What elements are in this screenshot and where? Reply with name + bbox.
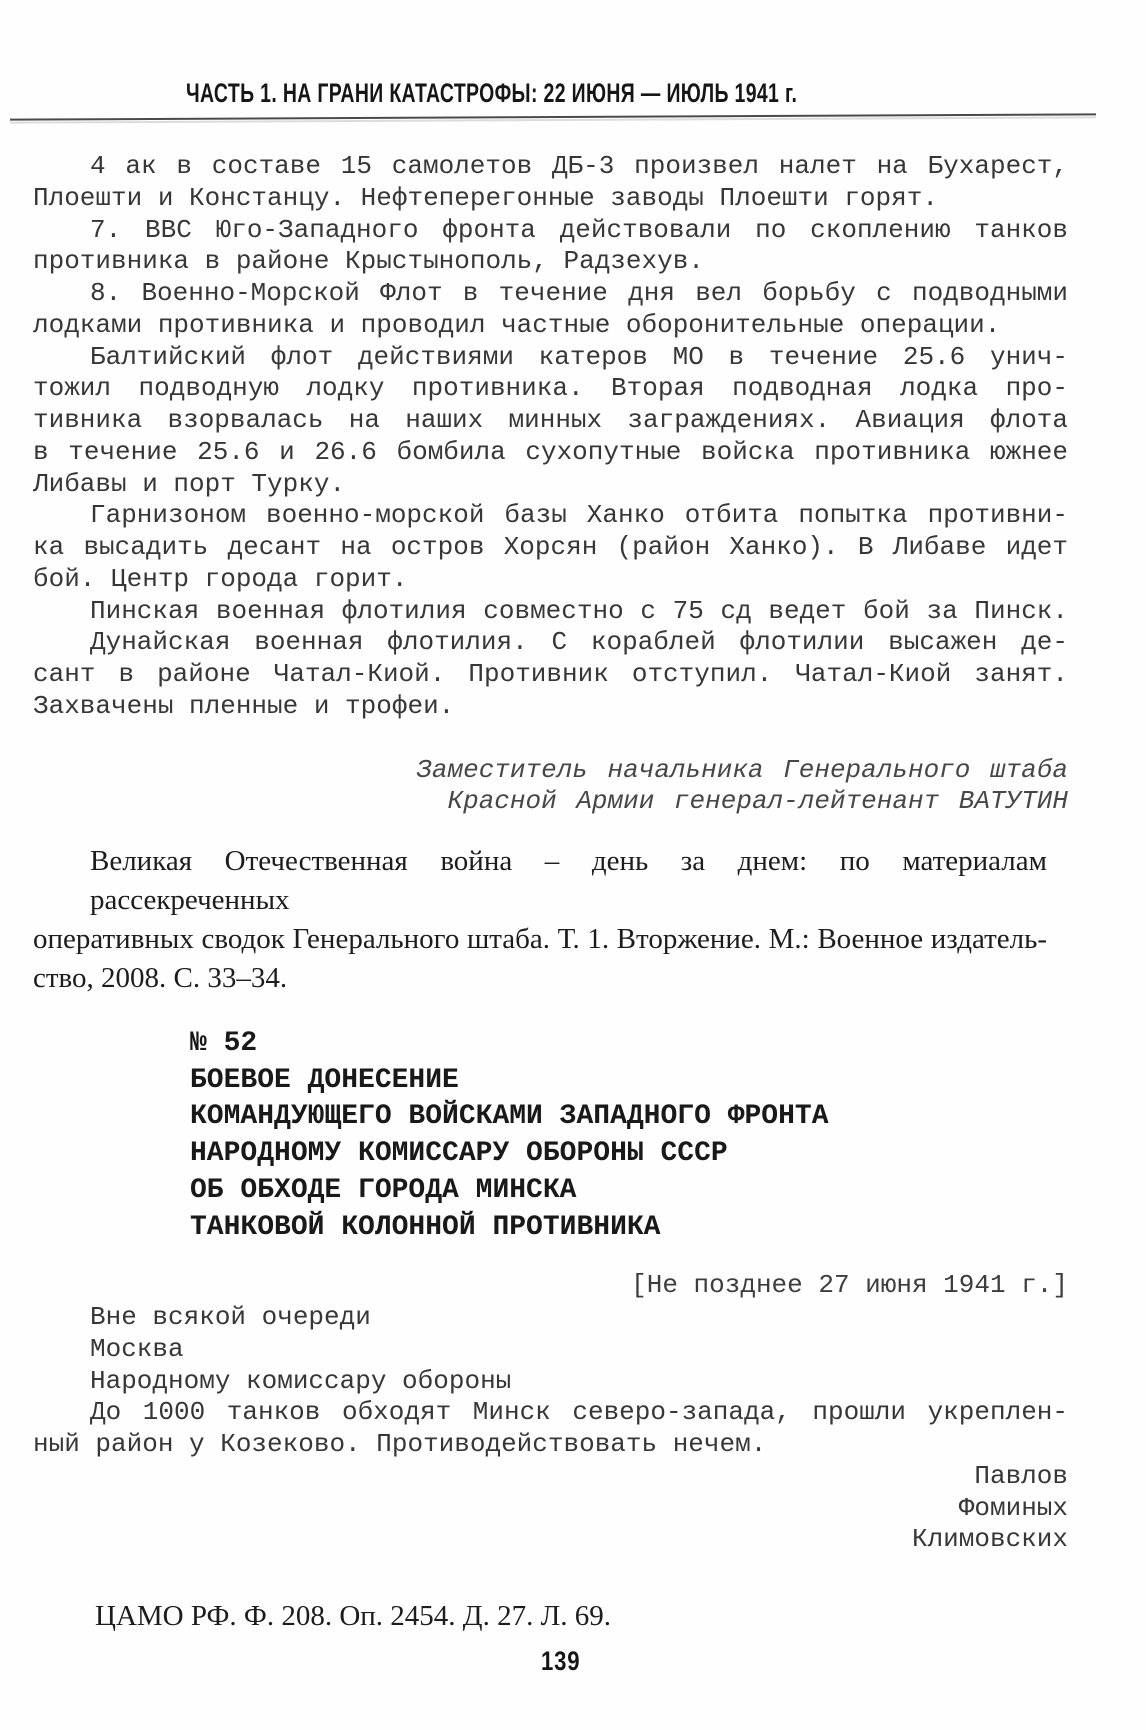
document-line: Народному комиссару обороны [33, 1366, 1068, 1398]
report-line: Балтийский флот действиями катеров МО в … [33, 342, 1068, 374]
book-page: ЧАСТЬ 1. НА ГРАНИ КАТАСТРОФЫ: 22 ИЮНЯ — … [0, 0, 1146, 1730]
document-date-note: [Не позднее 27 июня 1941 г.] [33, 1270, 1068, 1302]
report-line: Гарнизоном военно-морской базы Ханко отб… [33, 500, 1068, 532]
report-line: 7. ВВС Юго-Западного фронта действовали … [33, 215, 1068, 247]
report-line: в течение 25.6 и 26.6 бомбила сухопутные… [33, 437, 1068, 469]
source-citation: Великая Отечественная война – день за дн… [33, 842, 1047, 998]
operational-report-text: 4 ак в составе 15 самолетов ДБ-3 произве… [33, 151, 1068, 723]
document-line: Вне всякой очереди [33, 1302, 1068, 1334]
document-line: ный район у Козеково. Противодействовать… [33, 1429, 1068, 1461]
report-line: Пинская военная флотилия совместно с 75 … [33, 596, 1068, 628]
report-line: противника в районе Крыстынополь, Радзех… [33, 246, 1068, 278]
signature-line: Красной Армии генерал-лейтенант ВАТУТИН [33, 786, 1068, 817]
report-line: тивника взорвалась на наших минных загра… [33, 405, 1068, 437]
document-line: Москва [33, 1334, 1068, 1366]
report-line: Либавы и порт Турку. [33, 469, 1068, 501]
document-line: До 1000 танков обходят Минск северо-запа… [33, 1397, 1068, 1429]
report-line: 8. Военно-Морской Флот в течение дня вел… [33, 278, 1068, 310]
report-line: бой. Центр города горит. [33, 564, 1068, 596]
document-title-line: ТАНКОВОЙ КОЛОННОЙ ПРОТИВНИКА [190, 1210, 829, 1247]
report-signature: Заместитель начальника Генерального штаб… [33, 755, 1068, 816]
report-line: 4 ак в составе 15 самолетов ДБ-3 произве… [33, 151, 1068, 183]
document-number: № 52 [190, 1026, 829, 1063]
citation-line: ство, 2008. С. 33–34. [33, 959, 1047, 998]
signatory-name: Фоминых [33, 1493, 1068, 1525]
report-line: ка высадить десант на остров Хорсян (рай… [33, 532, 1068, 564]
document-title-line: ОБ ОБХОДЕ ГОРОДА МИНСКА [190, 1173, 829, 1210]
document-heading: № 52 БОЕВОЕ ДОНЕСЕНИЕ КОМАНДУЮЩЕГО ВОЙСК… [190, 1026, 829, 1246]
report-line: Дунайская военная флотилия. С кораблей ф… [33, 627, 1068, 659]
page-number: 139 [541, 1646, 580, 1677]
report-line: Плоешти и Констанцу. Нефтеперегонные зав… [33, 183, 1068, 215]
document-title-line: БОЕВОЕ ДОНЕСЕНИЕ [190, 1063, 829, 1100]
citation-line: оперативных сводок Генерального штаба. Т… [33, 920, 1047, 959]
report-line: Захвачены пленные и трофеи. [33, 691, 1068, 723]
document-title-line: КОМАНДУЮЩЕГО ВОЙСКАМИ ЗАПАДНОГО ФРОНТА [190, 1099, 829, 1136]
signatory-name: Климовских [33, 1524, 1068, 1556]
signatory-name: Павлов [33, 1461, 1068, 1493]
document-body-text: Вне всякой очереди Москва Народному коми… [33, 1302, 1068, 1556]
citation-line: Великая Отечественная война – день за дн… [33, 842, 1047, 920]
report-line: сант в районе Чатал-Киой. Противник отст… [33, 659, 1068, 691]
report-line: лодками противника и проводил частные об… [33, 310, 1068, 342]
archive-reference: ЦАМО РФ. Ф. 208. Оп. 2454. Д. 27. Л. 69. [95, 1600, 611, 1633]
report-line: тожил подводную лодку противника. Вторая… [33, 373, 1068, 405]
header-divider [10, 113, 1096, 120]
document-title-line: НАРОДНОМУ КОМИССАРУ ОБОРОНЫ СССР [190, 1136, 829, 1173]
signature-line: Заместитель начальника Генерального штаб… [33, 755, 1068, 786]
running-header-title: ЧАСТЬ 1. НА ГРАНИ КАТАСТРОФЫ: 22 ИЮНЯ — … [186, 78, 797, 109]
